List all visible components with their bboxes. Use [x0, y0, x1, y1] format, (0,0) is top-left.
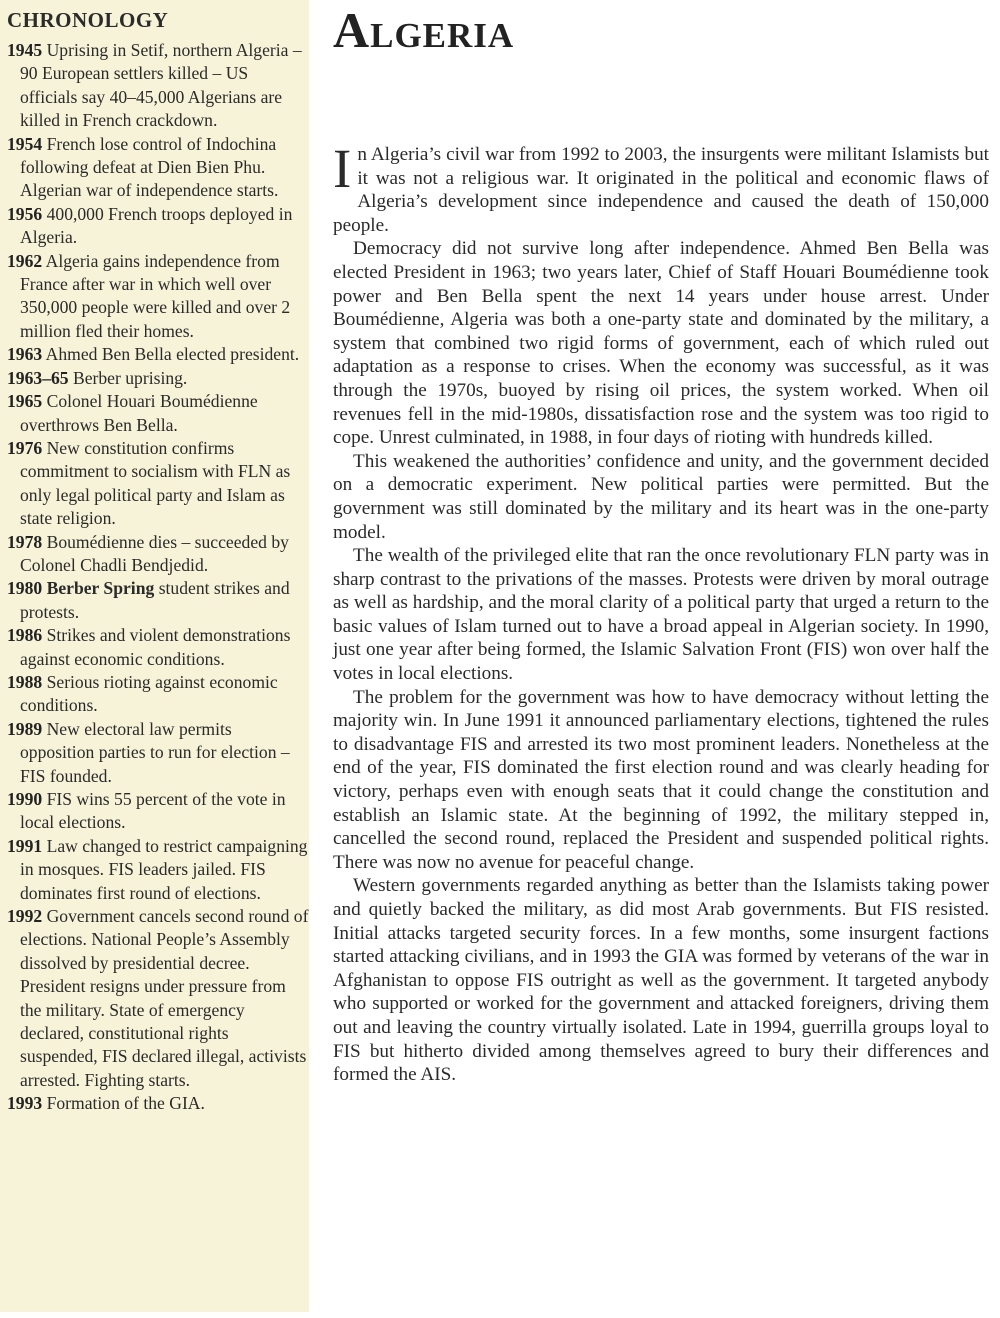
article-paragraph: The wealth of the privileged elite that … — [333, 544, 989, 686]
chronology-year: 1954 — [7, 134, 42, 154]
chronology-entry: 1965 Colonel Houari Boumédienne overthro… — [7, 390, 309, 437]
article-paragraph: Western governments regarded anything as… — [333, 874, 989, 1086]
article-body: In Algeria’s civil war from 1992 to 2003… — [333, 143, 989, 1087]
chronology-year: 1991 — [7, 836, 42, 856]
chronology-entry: 1990 FIS wins 55 percent of the vote in … — [7, 788, 309, 835]
chronology-year: 1965 — [7, 391, 42, 411]
chronology-entry: 1976 New constitution confirms commitmen… — [7, 437, 309, 531]
chronology-entry: 1963–65 Berber uprising. — [7, 367, 309, 390]
chronology-year: 1976 — [7, 438, 42, 458]
chronology-entry: 1954 French lose control of Indochina fo… — [7, 133, 309, 203]
chronology-year: 1992 — [7, 906, 42, 926]
chronology-text: New electoral law permits opposition par… — [20, 719, 290, 786]
chronology-text: Berber uprising. — [73, 368, 187, 388]
article-paragraph: In Algeria’s civil war from 1992 to 2003… — [333, 143, 989, 237]
chronology-text: Strikes and violent demonstrations again… — [20, 625, 290, 668]
chronology-year: 1990 — [7, 789, 42, 809]
page-title: Algeria — [333, 0, 989, 58]
chronology-text: Law changed to restrict campaigning in m… — [20, 836, 307, 903]
chronology-year: 1986 — [7, 625, 42, 645]
chronology-text: Uprising in Setif, northern Algeria – 90… — [20, 40, 302, 130]
chronology-entry: 1986 Strikes and violent demonstrations … — [7, 624, 309, 671]
chronology-entry: 1945 Uprising in Setif, northern Algeria… — [7, 39, 309, 133]
chronology-year: 1980 — [7, 578, 42, 598]
chronology-text: FIS wins 55 percent of the vote in local… — [20, 789, 286, 832]
chronology-year: 1989 — [7, 719, 42, 739]
chronology-text: Formation of the GIA. — [47, 1093, 205, 1113]
chronology-entry: 1980 Berber Spring student strikes and p… — [7, 577, 309, 624]
chronology-sidebar: CHRONOLOGY 1945 Uprising in Setif, north… — [0, 0, 309, 1312]
chronology-year: 1978 — [7, 532, 42, 552]
chronology-bold-text: Berber Spring — [47, 578, 155, 598]
chronology-entry: 1991 Law changed to restrict campaigning… — [7, 835, 309, 905]
chronology-entry: 1963 Ahmed Ben Bella elected president. — [7, 343, 309, 366]
chronology-entry: 1993 Formation of the GIA. — [7, 1092, 309, 1115]
drop-cap: I — [333, 147, 351, 191]
chronology-entry: 1962 Algeria gains independence from Fra… — [7, 250, 309, 344]
chronology-entry: 1989 New electoral law permits oppositio… — [7, 718, 309, 788]
chronology-text: Government cancels second round of elect… — [20, 906, 308, 1090]
chronology-text: Ahmed Ben Bella elected president. — [46, 344, 300, 364]
chronology-year: 1962 — [7, 251, 42, 271]
chronology-entry: 1956 400,000 French troops deployed in A… — [7, 203, 309, 250]
chronology-text: French lose control of Indochina followi… — [20, 134, 278, 201]
chronology-text: Serious rioting against economic conditi… — [20, 672, 278, 715]
chronology-year: 1956 — [7, 204, 42, 224]
chronology-year: 1988 — [7, 672, 42, 692]
chronology-text: 400,000 French troops deployed in Algeri… — [20, 204, 292, 247]
chronology-text: New constitution confirms commitment to … — [20, 438, 290, 528]
chronology-year: 1963–65 — [7, 368, 69, 388]
chronology-text: Colonel Houari Boumédienne overthrows Be… — [20, 391, 258, 434]
chronology-year: 1963 — [7, 344, 42, 364]
article-paragraph: This weakened the authorities’ confidenc… — [333, 450, 989, 544]
article-paragraph: The problem for the government was how t… — [333, 686, 989, 875]
chronology-year: 1945 — [7, 40, 42, 60]
chronology-text: Algeria gains independence from France a… — [20, 251, 290, 341]
article-column: Algeria In Algeria’s civil war from 1992… — [333, 0, 989, 58]
chronology-year: 1993 — [7, 1093, 42, 1113]
chronology-heading: CHRONOLOGY — [7, 6, 309, 34]
chronology-text: Boumédienne dies – succeeded by Colonel … — [20, 532, 289, 575]
article-paragraph: Democracy did not survive long after ind… — [333, 237, 989, 449]
chronology-entry: 1992 Government cancels second round of … — [7, 905, 309, 1092]
chronology-entry: 1978 Boumédienne dies – succeeded by Col… — [7, 531, 309, 578]
paragraph-text: n Algeria’s civil war from 1992 to 2003,… — [333, 144, 989, 236]
chronology-entry: 1988 Serious rioting against economic co… — [7, 671, 309, 718]
